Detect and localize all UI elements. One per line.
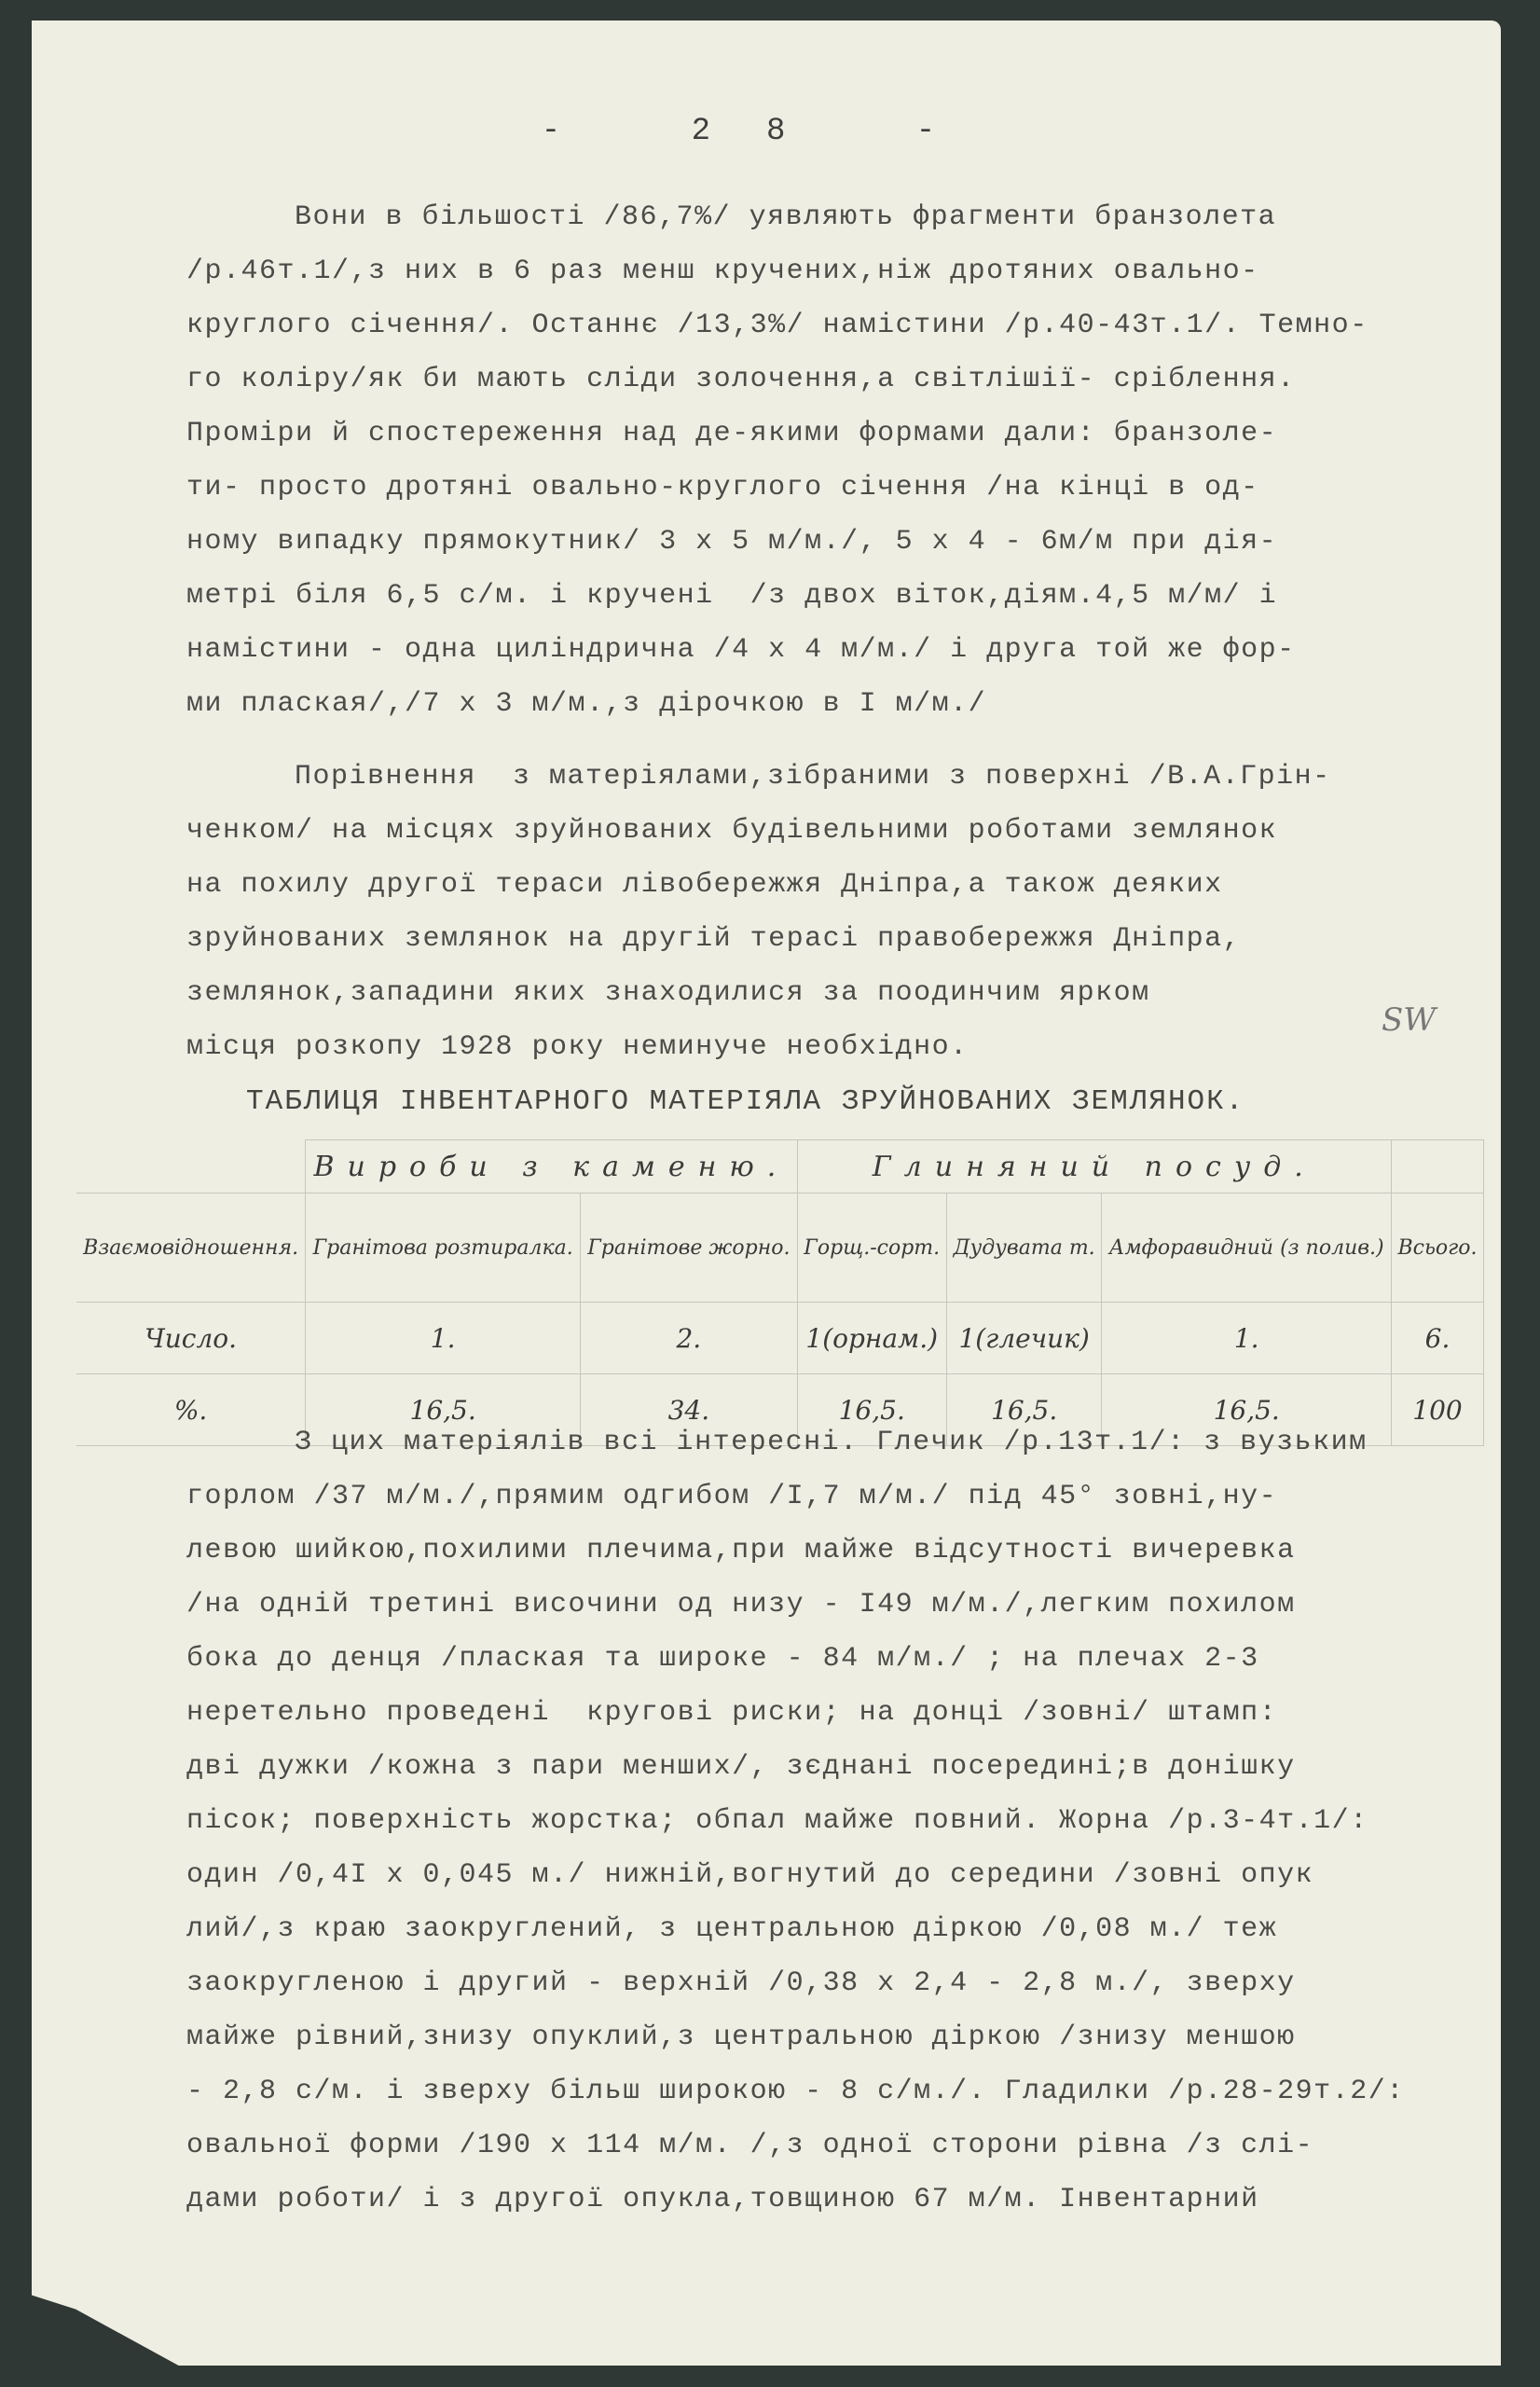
text-line: овальної форми /190 х 114 м/м. /,з одної… (186, 2132, 1519, 2186)
text-line: ти- просто дротяні овально-круглого січе… (186, 474, 1519, 528)
text-line: дами роботи/ і з другої опукла,товщиною … (186, 2186, 1519, 2240)
column-header: Амфоравидний (з полив.) (1102, 1193, 1392, 1303)
text-line: круглого січення/. Останнє /13,3%/ наміс… (186, 311, 1519, 366)
column-header: Дудувата т. (946, 1193, 1102, 1303)
table-group-header-row: Вироби з каменю. Глиняний посуд. (76, 1140, 1484, 1193)
text-line: зруйнованих землянок на другій терасі пр… (186, 925, 1519, 979)
text-line: намістини - одна циліндрична /4 х 4 м/м.… (186, 636, 1519, 690)
empty-cell (1392, 1140, 1484, 1193)
table-cell: 6. (1392, 1303, 1484, 1374)
empty-cell (76, 1140, 306, 1193)
text-line: ми плаская/,/7 х 3 м/м.,з дірочкою в І м… (186, 690, 1519, 744)
text-line: неретельно проведені кругові риски; на д… (186, 1699, 1519, 1753)
text-line: левою шийкою,похилими плечима,при майже … (186, 1537, 1519, 1591)
column-header: Гранітова розтиралка. (306, 1193, 581, 1303)
table-row: Число. 1. 2. 1(орнам.) 1(глечик) 1. 6. (76, 1303, 1484, 1374)
column-header: Всього. (1392, 1193, 1484, 1303)
text-line: горлом /37 м/м./,прямим одгибом /І,7 м/м… (186, 1483, 1519, 1537)
text-line: /р.46т.1/,з них в 6 раз менш кручених,ні… (186, 257, 1519, 311)
document-page: - 28 - Вони в більшості /86,7%/ уявляють… (32, 21, 1501, 2366)
text-line: на похилу другої тераси лівобережжя Дніп… (186, 871, 1519, 925)
table-cell: 1. (306, 1303, 581, 1374)
table-cell: 1(орнам.) (797, 1303, 946, 1374)
group-header-stone: Вироби з каменю. (306, 1140, 797, 1193)
table-header-row: Взаємовідношення. Гранітова розтиралка. … (76, 1193, 1484, 1303)
table-cell: 1(глечик) (946, 1303, 1102, 1374)
inventory-table: Вироби з каменю. Глиняний посуд. Взаємов… (76, 1139, 1484, 1446)
paragraph-3: З цих матеріялів всі інтересні. Глечик /… (186, 1428, 1519, 2240)
group-header-pottery: Глиняний посуд. (797, 1140, 1391, 1193)
text-line: лий/,з краю заокруглений, з центральною … (186, 1915, 1519, 1969)
paragraph-2: Порівнення з матеріялами,зібраними з пов… (186, 763, 1519, 1087)
table-title: ТАБЛИЦЯ ІНВЕНТАРНОГО МАТЕРІЯЛА ЗРУЙНОВАН… (246, 1085, 1244, 1118)
text-line: ному випадку прямокутник/ 3 х 5 м/м./, 5… (186, 528, 1519, 582)
row-label: Число. (76, 1303, 306, 1374)
table-cell: 2. (581, 1303, 798, 1374)
text-line: один /0,4І х 0,045 м./ нижній,вогнутий д… (186, 1861, 1519, 1915)
text-line: - 2,8 с/м. і зверху більш широкою - 8 с/… (186, 2077, 1519, 2132)
text-line: землянок,западини яких знаходилися за по… (186, 979, 1519, 1033)
text-line: /на одній третині височини од низу - І49… (186, 1591, 1519, 1645)
column-header: Гранітове жорно. (581, 1193, 798, 1303)
margin-note-sw: SW (1382, 1001, 1436, 1039)
text-line: Проміри й спостереження над де-якими фор… (186, 420, 1519, 474)
text-line: метрі біля 6,5 с/м. і кручені /з двох ві… (186, 582, 1519, 636)
row-label-header: Взаємовідношення. (76, 1193, 306, 1303)
text-line: ченком/ на місцях зруйнованих будівельни… (186, 817, 1519, 871)
table-cell: 1. (1102, 1303, 1392, 1374)
text-line: пісок; поверхність жорстка; обпал майже … (186, 1807, 1519, 1861)
text-line: заокругленою і другий - верхній /0,38 х … (186, 1969, 1519, 2023)
text-line: Порівнення з матеріялами,зібраними з пов… (186, 763, 1519, 817)
paragraph-1: Вони в більшості /86,7%/ уявляють фрагме… (186, 203, 1519, 744)
text-line: майже рівний,знизу опуклий,з центральною… (186, 2023, 1519, 2077)
text-line: Вони в більшості /86,7%/ уявляють фрагме… (186, 203, 1519, 257)
text-line: дві дужки /кожна з пари менших/, зєднані… (186, 1753, 1519, 1807)
text-line: місця розкопу 1928 року неминуче необхід… (186, 1033, 1519, 1087)
text-line: бока до денця /плаская та широке - 84 м/… (186, 1645, 1519, 1699)
text-line: го коліру/як би мають сліди золочення,а … (186, 366, 1519, 420)
page-number: - 28 - (32, 114, 1501, 149)
column-header: Горщ.-сорт. (797, 1193, 946, 1303)
text-line: З цих матеріялів всі інтересні. Глечик /… (186, 1428, 1519, 1483)
